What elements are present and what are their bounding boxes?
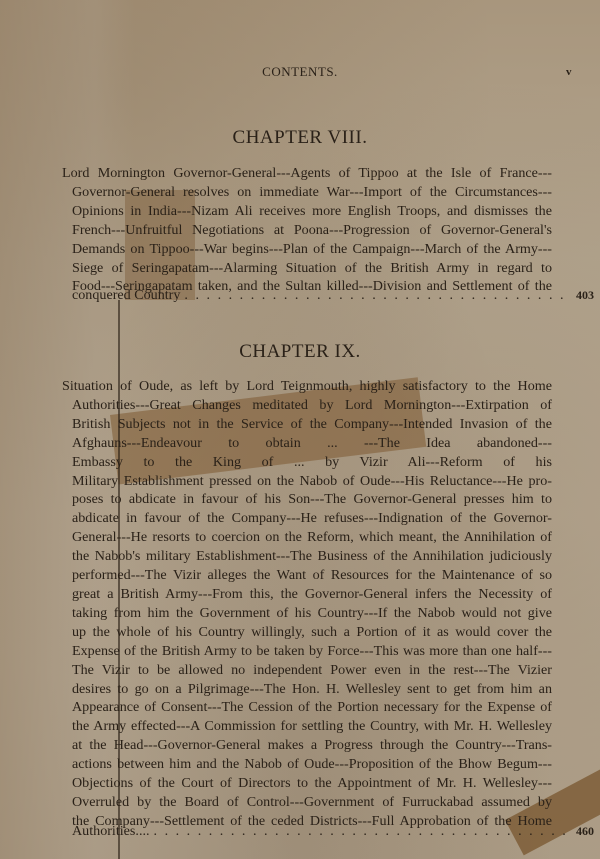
summary-line: Situation of Oude, as left by Lord Teign…	[62, 377, 552, 396]
summary-line: abdicate in favour of the Company---He r…	[62, 509, 552, 528]
summary-line: Objections of the Court of Directors to …	[62, 774, 552, 793]
summary-line: Authorities---Great Changes meditated by…	[62, 396, 552, 415]
running-head: CONTENTS.	[0, 64, 600, 80]
page-folio: v	[566, 66, 572, 78]
toc-entry-text: Authorities....	[72, 822, 150, 841]
chapter-title: CHAPTER VIII.	[0, 127, 600, 149]
summary-line: Demands on Tippoo---War begins---Plan of…	[62, 240, 552, 259]
page-number: 403	[576, 286, 600, 305]
summary-line: Lord Mornington Governor-General---Agent…	[62, 164, 552, 183]
summary-line: great a British Army---From this, the Go…	[62, 585, 552, 604]
summary-line: General---He resorts to coercion on the …	[62, 528, 552, 547]
summary-line: Military Establishment pressed on the Na…	[62, 472, 552, 491]
summary-line: Afghauns---Endeavour to obtain ... ---Th…	[62, 434, 552, 453]
toc-entry: conquered Country . . . . . . . . . . . …	[62, 286, 600, 305]
summary-line: Siege of Seringapatam---Alarming Situati…	[62, 259, 552, 278]
chapter-summary: Lord Mornington Governor-General---Agent…	[62, 164, 552, 296]
summary-line: The Vizir to be allowed no independent P…	[62, 661, 552, 680]
summary-line: performed---The Vizir alleges the Want o…	[62, 566, 552, 585]
summary-line: at the Head---Governor-General makes a P…	[62, 736, 552, 755]
toc-entry-text: conquered Country	[72, 286, 180, 305]
summary-line: Appearance of Consent---The Cession of t…	[62, 698, 552, 717]
toc-entry: Authorities.... . . . . . . . . . . . . …	[62, 822, 600, 841]
chapter-summary: Situation of Oude, as left by Lord Teign…	[62, 377, 552, 831]
summary-line: up the whole of his Country willingly, s…	[62, 623, 552, 642]
summary-line: British Subjects not in the Service of t…	[62, 415, 552, 434]
leader-dots: . . . . . . . . . . . . . . . . . . . . …	[184, 286, 572, 305]
summary-line: the Nabob's military Establishment---The…	[62, 547, 552, 566]
summary-line: Overruled by the Board of Control---Gove…	[62, 793, 552, 812]
summary-line: Expense of the British Army to be taken …	[62, 642, 552, 661]
summary-line: Governor-General resolves on immediate W…	[62, 183, 552, 202]
book-page: CONTENTS. v CHAPTER VIII. Lord Morningto…	[0, 0, 600, 859]
chapter-title: CHAPTER IX.	[0, 341, 600, 363]
summary-line: poses to abdicate in favour of his Son--…	[62, 490, 552, 509]
leader-dots: . . . . . . . . . . . . . . . . . . . . …	[154, 822, 572, 841]
summary-line: French---Unfruitful Negotiations at Poon…	[62, 221, 552, 240]
summary-line: desires to go on a Pilgrimage---The Hon.…	[62, 680, 552, 699]
summary-line: the Army effected---A Commission for set…	[62, 717, 552, 736]
summary-line: Embassy to the King of ... by Vizir Ali-…	[62, 453, 552, 472]
summary-line: actions between him and the Nabob of Oud…	[62, 755, 552, 774]
summary-line: Opinions in India---Nizam Ali receives m…	[62, 202, 552, 221]
summary-line: taking from him the Government of his Co…	[62, 604, 552, 623]
page-number: 460	[576, 822, 600, 841]
